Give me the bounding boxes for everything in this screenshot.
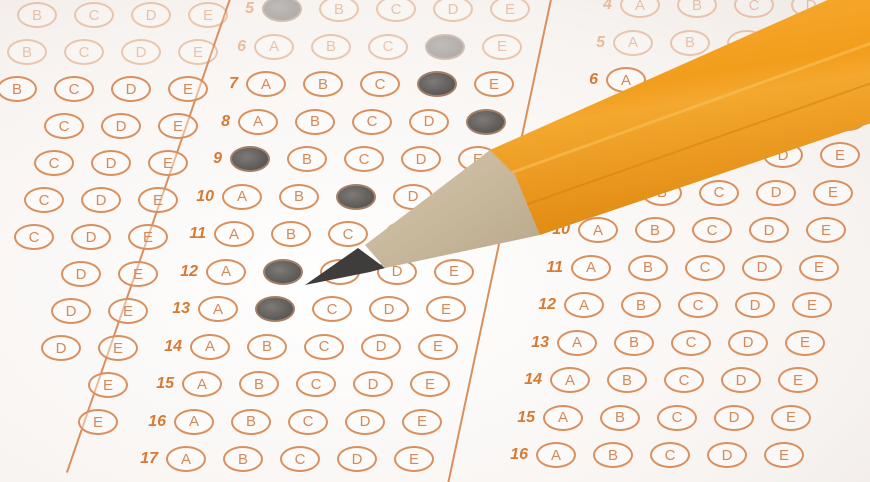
answer-bubble-e[interactable]: E: [827, 105, 867, 131]
answer-bubble-d[interactable]: D: [337, 446, 377, 472]
answer-bubble-b[interactable]: B: [287, 146, 327, 172]
answer-bubble-e[interactable]: E: [490, 0, 530, 22]
answer-bubble-a[interactable]: A: [620, 0, 660, 18]
answer-bubble-d[interactable]: D: [81, 187, 121, 213]
right-column-row: 9ABCDE: [543, 180, 870, 206]
answer-bubble-a[interactable]: A: [571, 255, 611, 281]
answer-bubble-d[interactable]: D: [353, 371, 393, 397]
answer-bubble-b[interactable]: B: [295, 109, 335, 135]
answer-bubble-d[interactable]: D: [101, 113, 141, 139]
answer-bubble-d[interactable]: D: [791, 0, 831, 18]
answer-bubble-d[interactable]: D: [41, 335, 81, 361]
answer-bubble-c[interactable]: C: [720, 67, 760, 93]
answer-bubble-d[interactable]: D: [61, 261, 101, 287]
answer-bubble-a[interactable]: A: [578, 217, 618, 243]
answer-bubble-a[interactable]: A: [230, 146, 270, 172]
question-number: 13: [515, 334, 549, 352]
middle-column-row: 15ABCDE: [140, 371, 467, 397]
answer-bubble-d[interactable]: D: [721, 367, 761, 393]
left-column-row: BCDE: [0, 76, 225, 102]
answer-bubble-a[interactable]: A: [166, 446, 206, 472]
answer-sheet: BCDEBCDEBCDECDECDECDECDEDEDEDEEE5ABCDE6A…: [0, 0, 870, 482]
answer-bubble-e[interactable]: E: [785, 330, 825, 356]
answer-bubble-e[interactable]: E: [410, 371, 450, 397]
answer-bubble-a[interactable]: A: [599, 105, 639, 131]
answer-bubble-e[interactable]: E: [426, 296, 466, 322]
answer-bubble-d[interactable]: D: [784, 30, 824, 56]
answer-bubble-d[interactable]: D: [777, 67, 817, 93]
answer-bubble-d[interactable]: D: [728, 330, 768, 356]
answer-bubble-e[interactable]: E: [402, 409, 442, 435]
answer-bubble-e[interactable]: E: [841, 30, 870, 56]
answer-bubble-b[interactable]: B: [677, 0, 717, 18]
question-number: 14: [148, 338, 182, 356]
answer-bubble-d[interactable]: D: [51, 298, 91, 324]
middle-column-row: 17ABCDE: [124, 446, 451, 472]
answer-bubble-a[interactable]: A: [222, 184, 262, 210]
answer-bubble-b[interactable]: B: [593, 442, 633, 468]
answer-bubble-b[interactable]: B: [255, 296, 295, 322]
question-number: 15: [140, 375, 174, 393]
answer-bubble-b[interactable]: B: [670, 30, 710, 56]
answer-bubble-e[interactable]: E: [764, 442, 804, 468]
right-column-row: 12ABCDE: [522, 292, 849, 318]
answer-bubble-e[interactable]: E: [799, 255, 839, 281]
answer-bubble-c[interactable]: C: [671, 330, 711, 356]
answer-bubble-b[interactable]: B: [319, 0, 359, 22]
left-column-row: DE: [41, 335, 155, 361]
question-number: 11: [529, 259, 563, 277]
answer-bubble-a[interactable]: A: [564, 292, 604, 318]
answer-bubble-c[interactable]: C: [296, 371, 336, 397]
answer-bubble-b[interactable]: B: [607, 367, 647, 393]
answer-bubble-d[interactable]: D: [749, 217, 789, 243]
question-number: 12: [522, 296, 556, 314]
question-number: 11: [172, 225, 206, 243]
left-column-row: DE: [61, 261, 175, 287]
answer-bubble-c[interactable]: C: [74, 2, 114, 28]
left-column-row: BCDE: [7, 39, 235, 65]
answer-bubble-e[interactable]: E: [138, 187, 178, 213]
answer-bubble-c[interactable]: C: [360, 71, 400, 97]
answer-bubble-d[interactable]: D: [111, 76, 151, 102]
answer-bubble-d[interactable]: D: [714, 405, 754, 431]
answer-bubble-a[interactable]: A: [262, 0, 302, 22]
answer-bubble-b[interactable]: B: [311, 34, 351, 60]
answer-bubble-d[interactable]: D: [417, 71, 457, 97]
answer-bubble-b[interactable]: B: [649, 142, 689, 168]
answer-bubble-a[interactable]: A: [254, 34, 294, 60]
question-number: 4: [578, 0, 612, 14]
answer-bubble-d[interactable]: D: [377, 259, 417, 285]
answer-bubble-c[interactable]: C: [336, 184, 376, 210]
answer-bubble-b[interactable]: B: [303, 71, 343, 97]
answer-bubble-c[interactable]: C: [734, 0, 774, 18]
answer-bubble-e[interactable]: E: [418, 334, 458, 360]
answer-bubble-c[interactable]: C: [664, 367, 704, 393]
question-number: 6: [564, 71, 598, 89]
answer-bubble-c[interactable]: C: [24, 187, 64, 213]
answer-bubble-e[interactable]: E: [158, 113, 198, 139]
answer-bubble-c[interactable]: C: [44, 113, 84, 139]
question-number: 7: [557, 109, 591, 127]
answer-bubble-c[interactable]: C: [328, 221, 368, 247]
answer-bubble-e[interactable]: E: [442, 221, 482, 247]
answer-bubble-e[interactable]: E: [394, 446, 434, 472]
middle-column-row: 8ABCDE: [196, 109, 523, 135]
answer-bubble-e[interactable]: E: [482, 34, 522, 60]
answer-bubble-b[interactable]: B: [17, 2, 57, 28]
answer-bubble-b[interactable]: B: [231, 409, 271, 435]
question-number: 14: [508, 371, 542, 389]
answer-bubble-c[interactable]: C: [280, 446, 320, 472]
answer-bubble-b[interactable]: B: [279, 184, 319, 210]
question-number: 15: [501, 409, 535, 427]
answer-bubble-d[interactable]: D: [71, 224, 111, 250]
answer-bubble-c[interactable]: C: [368, 34, 408, 60]
middle-column-row: 16ABCDE: [132, 409, 459, 435]
answer-bubble-b[interactable]: B: [0, 76, 37, 102]
answer-bubble-c[interactable]: C: [344, 146, 384, 172]
answer-bubble-c[interactable]: C: [685, 255, 725, 281]
right-column-row: 6ABCDE: [564, 67, 870, 93]
right-column-row: 16ABCDE: [494, 442, 821, 468]
question-number: 9: [543, 184, 577, 202]
answer-bubble-d[interactable]: D: [401, 146, 441, 172]
right-column-row: 5ABCDE: [571, 30, 870, 56]
answer-bubble-d[interactable]: D: [369, 296, 409, 322]
answer-bubble-c[interactable]: C: [34, 150, 74, 176]
answer-bubble-c[interactable]: C: [312, 296, 352, 322]
middle-column-row: 5ABCDE: [220, 0, 547, 22]
answer-bubble-c[interactable]: C: [678, 292, 718, 318]
left-column-row: CDE: [24, 187, 195, 213]
middle-column-row: 13ABCDE: [156, 296, 483, 322]
answer-bubble-c[interactable]: C: [288, 409, 328, 435]
answer-bubble-d[interactable]: D: [707, 442, 747, 468]
answer-bubble-c[interactable]: C: [692, 217, 732, 243]
question-number: 5: [220, 0, 254, 18]
answer-bubble-a[interactable]: A: [238, 109, 278, 135]
answer-bubble-c[interactable]: C: [54, 76, 94, 102]
question-number: 9: [188, 150, 222, 168]
left-column-row: CDE: [44, 113, 215, 139]
middle-column-row: 6ABCDE: [212, 34, 539, 60]
right-column-row: 10ABCDE: [536, 217, 863, 243]
answer-bubble-a[interactable]: A: [182, 371, 222, 397]
answer-bubble-a[interactable]: A: [536, 442, 576, 468]
question-number: 8: [196, 113, 230, 131]
answer-bubble-a[interactable]: A: [606, 67, 646, 93]
answer-bubble-b[interactable]: B: [621, 292, 661, 318]
left-column-row: DE: [51, 298, 165, 324]
answer-bubble-e[interactable]: E: [148, 150, 188, 176]
answer-bubble-c[interactable]: C: [699, 180, 739, 206]
answer-bubble-b[interactable]: B: [656, 105, 696, 131]
left-column-row: BCDE: [17, 2, 245, 28]
answer-bubble-a[interactable]: A: [585, 180, 625, 206]
photo-scene: BCDEBCDEBCDECDECDECDECDEDEDEDEEE5ABCDE6A…: [0, 0, 870, 482]
answer-bubble-e[interactable]: E: [848, 0, 870, 18]
question-number: 8: [550, 146, 584, 164]
question-number: 16: [494, 446, 528, 464]
answer-bubble-b[interactable]: B: [635, 217, 675, 243]
answer-bubble-b[interactable]: B: [663, 67, 703, 93]
left-column-row: CDE: [14, 224, 185, 250]
answer-bubble-b[interactable]: B: [628, 255, 668, 281]
answer-bubble-c[interactable]: C: [352, 109, 392, 135]
left-column-row: E: [78, 409, 135, 435]
answer-bubble-e[interactable]: E: [813, 180, 853, 206]
answer-bubble-d[interactable]: D: [393, 184, 433, 210]
right-column-row: 14ABCDE: [508, 367, 835, 393]
question-number: 12: [164, 263, 198, 281]
right-column-row: 13ABCDE: [515, 330, 842, 356]
answer-bubble-e[interactable]: E: [128, 224, 168, 250]
question-number: 10: [180, 188, 214, 206]
answer-bubble-b[interactable]: B: [614, 330, 654, 356]
middle-column-row: 12ABCDE: [164, 259, 491, 285]
answer-bubble-e[interactable]: E: [834, 67, 870, 93]
answer-bubble-e[interactable]: E: [450, 184, 490, 210]
right-column-row: 11ABCDE: [529, 255, 856, 281]
question-number: 16: [132, 413, 166, 431]
answer-bubble-a[interactable]: A: [214, 221, 254, 247]
right-column-row: 4ABCDE: [578, 0, 870, 18]
answer-bubble-e[interactable]: E: [88, 372, 128, 398]
answer-bubble-d[interactable]: D: [91, 150, 131, 176]
question-number: 7: [204, 75, 238, 93]
middle-column-row: 9ABCDE: [188, 146, 515, 172]
answer-bubble-a[interactable]: A: [190, 334, 230, 360]
answer-bubble-e[interactable]: E: [474, 71, 514, 97]
answer-bubble-e[interactable]: E: [168, 76, 208, 102]
answer-bubble-c[interactable]: C: [706, 142, 746, 168]
answer-bubble-a[interactable]: A: [206, 259, 246, 285]
answer-bubble-b[interactable]: B: [600, 405, 640, 431]
answer-bubble-d[interactable]: D: [121, 39, 161, 65]
answer-bubble-d[interactable]: D: [770, 105, 810, 131]
answer-bubble-d[interactable]: D: [735, 292, 775, 318]
answer-bubble-b[interactable]: B: [271, 221, 311, 247]
answer-bubble-a[interactable]: A: [246, 71, 286, 97]
right-column-row: 15ABCDE: [501, 405, 828, 431]
answer-bubble-e[interactable]: E: [820, 142, 860, 168]
answer-bubble-c[interactable]: C: [320, 259, 360, 285]
question-number: 6: [212, 38, 246, 56]
answer-bubble-a[interactable]: A: [198, 296, 238, 322]
answer-bubble-a[interactable]: A: [174, 409, 214, 435]
question-number: 17: [124, 450, 158, 468]
answer-bubble-c[interactable]: C: [650, 442, 690, 468]
answer-bubble-c[interactable]: C: [14, 224, 54, 250]
answer-bubble-e[interactable]: E: [458, 146, 498, 172]
answer-bubble-d[interactable]: D: [742, 255, 782, 281]
answer-bubble-e[interactable]: E: [792, 292, 832, 318]
answer-bubble-c[interactable]: C: [727, 30, 767, 56]
left-column-row: E: [88, 372, 145, 398]
answer-bubble-e[interactable]: E: [434, 259, 474, 285]
answer-bubble-d[interactable]: D: [425, 34, 465, 60]
right-column-row: 7ABCDE: [557, 105, 870, 131]
question-number: 13: [156, 300, 190, 318]
answer-bubble-e[interactable]: E: [98, 335, 138, 361]
answer-bubble-e[interactable]: E: [806, 217, 846, 243]
middle-column-row: 7ABCDE: [204, 71, 531, 97]
middle-column-row: 10ABCDE: [180, 184, 507, 210]
answer-bubble-e[interactable]: E: [771, 405, 811, 431]
right-column-row: 8ABCDE: [550, 142, 870, 168]
answer-bubble-e[interactable]: E: [78, 409, 118, 435]
answer-bubble-a[interactable]: A: [592, 142, 632, 168]
answer-bubble-d[interactable]: D: [763, 142, 803, 168]
answer-bubble-d[interactable]: D: [385, 221, 425, 247]
answer-bubble-e[interactable]: E: [466, 109, 506, 135]
answer-bubble-c[interactable]: C: [376, 0, 416, 22]
answer-bubble-b[interactable]: B: [263, 259, 303, 285]
answer-bubble-a[interactable]: A: [613, 30, 653, 56]
answer-bubble-c[interactable]: C: [657, 405, 697, 431]
answer-bubble-e[interactable]: E: [778, 367, 818, 393]
answer-bubble-d[interactable]: D: [409, 109, 449, 135]
middle-column-row: 11ABCDE: [172, 221, 499, 247]
answer-bubble-b[interactable]: B: [247, 334, 287, 360]
answer-bubble-e[interactable]: E: [108, 298, 148, 324]
question-number: 5: [571, 34, 605, 52]
question-number: 10: [536, 221, 570, 239]
answer-bubble-c[interactable]: C: [64, 39, 104, 65]
answer-bubble-c[interactable]: C: [304, 334, 344, 360]
answer-bubble-e[interactable]: E: [118, 261, 158, 287]
answer-bubble-c[interactable]: C: [713, 105, 753, 131]
answer-bubble-d[interactable]: D: [345, 409, 385, 435]
answer-bubble-a[interactable]: A: [557, 330, 597, 356]
answer-bubble-d[interactable]: D: [131, 2, 171, 28]
answer-bubble-d[interactable]: D: [433, 0, 473, 22]
answer-bubble-b[interactable]: B: [7, 39, 47, 65]
answer-bubble-b[interactable]: B: [223, 446, 263, 472]
answer-bubble-d[interactable]: D: [756, 180, 796, 206]
middle-column-row: 14ABCDE: [148, 334, 475, 360]
answer-bubble-b[interactable]: B: [642, 180, 682, 206]
answer-bubble-d[interactable]: D: [361, 334, 401, 360]
left-column-row: CDE: [34, 150, 205, 176]
answer-bubble-a[interactable]: A: [550, 367, 590, 393]
answer-bubble-a[interactable]: A: [543, 405, 583, 431]
answer-bubble-b[interactable]: B: [239, 371, 279, 397]
